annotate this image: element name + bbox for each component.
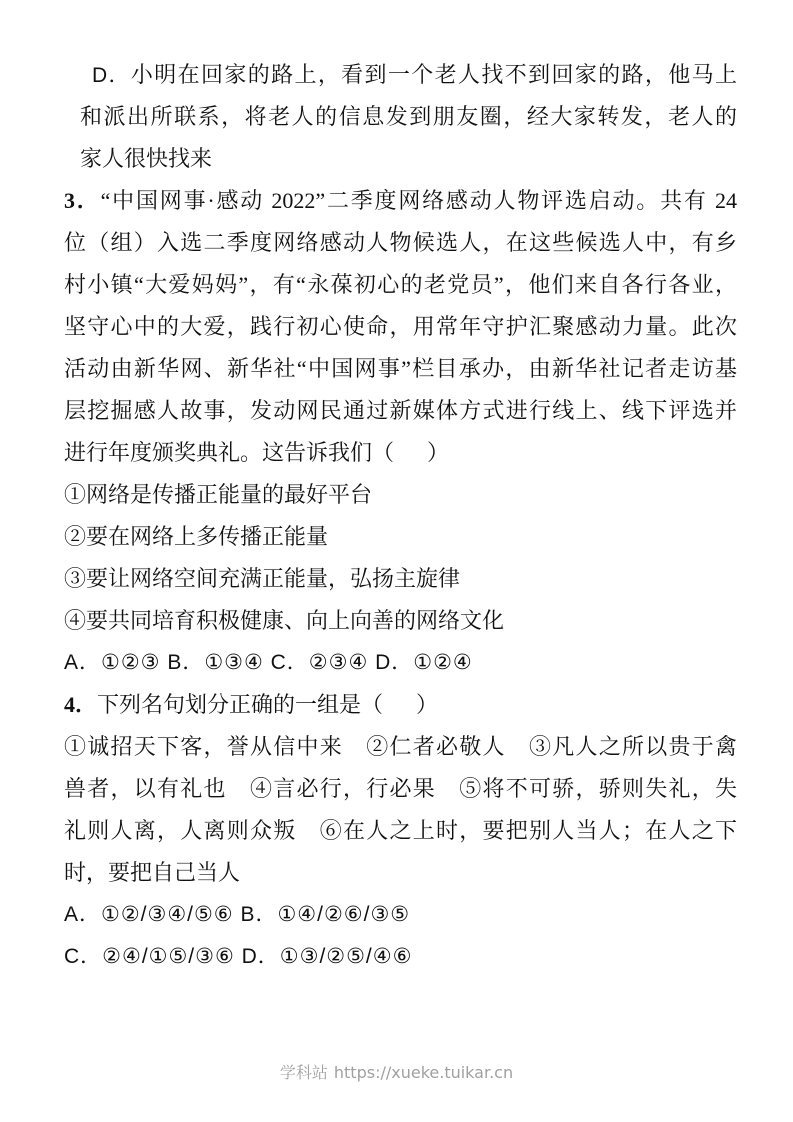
exam-text-block: D．小明在回家的路上，看到一个老人找不到回家的路，他马上 和派出所联系，将老人的…: [64, 54, 737, 978]
question-4-body-line: 礼则人离，人离则众叛 ⑥在人之上时，要把别人当人；在人之下: [64, 810, 737, 852]
question-3-item-4: ④要共同培育积极健康、向上向善的网络文化: [64, 600, 737, 642]
question-3-stem-line: 层挖掘感人故事，发动网民通过新媒体方式进行线上、线下评选并: [64, 390, 737, 432]
question-3-answer-choices: A．①②③ B．①③④ C．②③④ D．①②④: [64, 642, 737, 684]
option-d-block: D．小明在回家的路上，看到一个老人找不到回家的路，他马上 和派出所联系，将老人的…: [64, 54, 737, 180]
question-3-stem-line: 活动由新华网、新华社“中国网事”栏目承办，由新华社记者走访基: [64, 348, 737, 390]
question-4-stem-line: 4．下列名句划分正确的一组是（ ）: [64, 684, 737, 726]
footer-url: https://xueke.tuikar.cn: [334, 1063, 513, 1082]
question-3-stem-line: 进行年度颁奖典礼。这告诉我们（ ）: [64, 432, 737, 474]
question-4-body-line: ①诚招天下客，誉从信中来 ②仁者必敬人 ③凡人之所以贵于禽: [64, 726, 737, 768]
option-d-text: 小明在回家的路上，看到一个老人找不到回家的路，他马上: [131, 62, 737, 87]
question-4-body-line: 时，要把自己当人: [64, 852, 737, 894]
question-3-stem-line: 3．“中国网事·感动 2022”二季度网络感动人物评选启动。共有 24: [64, 180, 737, 222]
option-d-label: D．: [92, 64, 131, 87]
question-3-item-1: ①网络是传播正能量的最好平台: [64, 474, 737, 516]
question-4-number: 4．: [64, 692, 97, 717]
footer-site-name: 学科站: [280, 1063, 328, 1082]
question-3-stem-line: 村小镇“大爱妈妈”，有“永葆初心的老党员”，他们来自各行各业，: [64, 264, 737, 306]
question-3-number: 3．: [64, 188, 101, 213]
document-page: { "page": { "background": "#ffffff", "te…: [0, 0, 793, 1122]
question-4-answer-choices-row-2: C．②④/①⑤/③⑥ D．①③/②⑤/④⑥: [64, 936, 737, 978]
question-3: 3．“中国网事·感动 2022”二季度网络感动人物评选启动。共有 24 位（组）…: [64, 180, 737, 684]
question-4-stem-text: 下列名句划分正确的一组是（ ）: [97, 692, 438, 717]
question-4: 4．下列名句划分正确的一组是（ ） ①诚招天下客，誉从信中来 ②仁者必敬人 ③凡…: [64, 684, 737, 978]
question-3-stem-line: 位（组）入选二季度网络感动人物候选人，在这些候选人中，有乡: [64, 222, 737, 264]
question-3-stem-text: “中国网事·感动 2022”二季度网络感动人物评选启动。共有 24: [101, 188, 737, 213]
question-4-body-line: 兽者，以有礼也 ④言必行，行必果 ⑤将不可骄，骄则失礼，失: [64, 768, 737, 810]
question-4-answer-choices-row-1: A．①②/③④/⑤⑥ B．①④/②⑥/③⑤: [64, 894, 737, 936]
option-d-line: 家人很快找来: [64, 138, 737, 180]
option-d-line: D．小明在回家的路上，看到一个老人找不到回家的路，他马上: [64, 54, 737, 96]
page-footer: 学科站https://xueke.tuikar.cn: [0, 1062, 793, 1084]
option-d-line: 和派出所联系，将老人的信息发到朋友圈，经大家转发，老人的: [64, 96, 737, 138]
question-3-item-3: ③要让网络空间充满正能量，弘扬主旋律: [64, 558, 737, 600]
question-3-stem-line: 坚守心中的大爱，践行初心使命，用常年守护汇聚感动力量。此次: [64, 306, 737, 348]
question-3-item-2: ②要在网络上多传播正能量: [64, 516, 737, 558]
